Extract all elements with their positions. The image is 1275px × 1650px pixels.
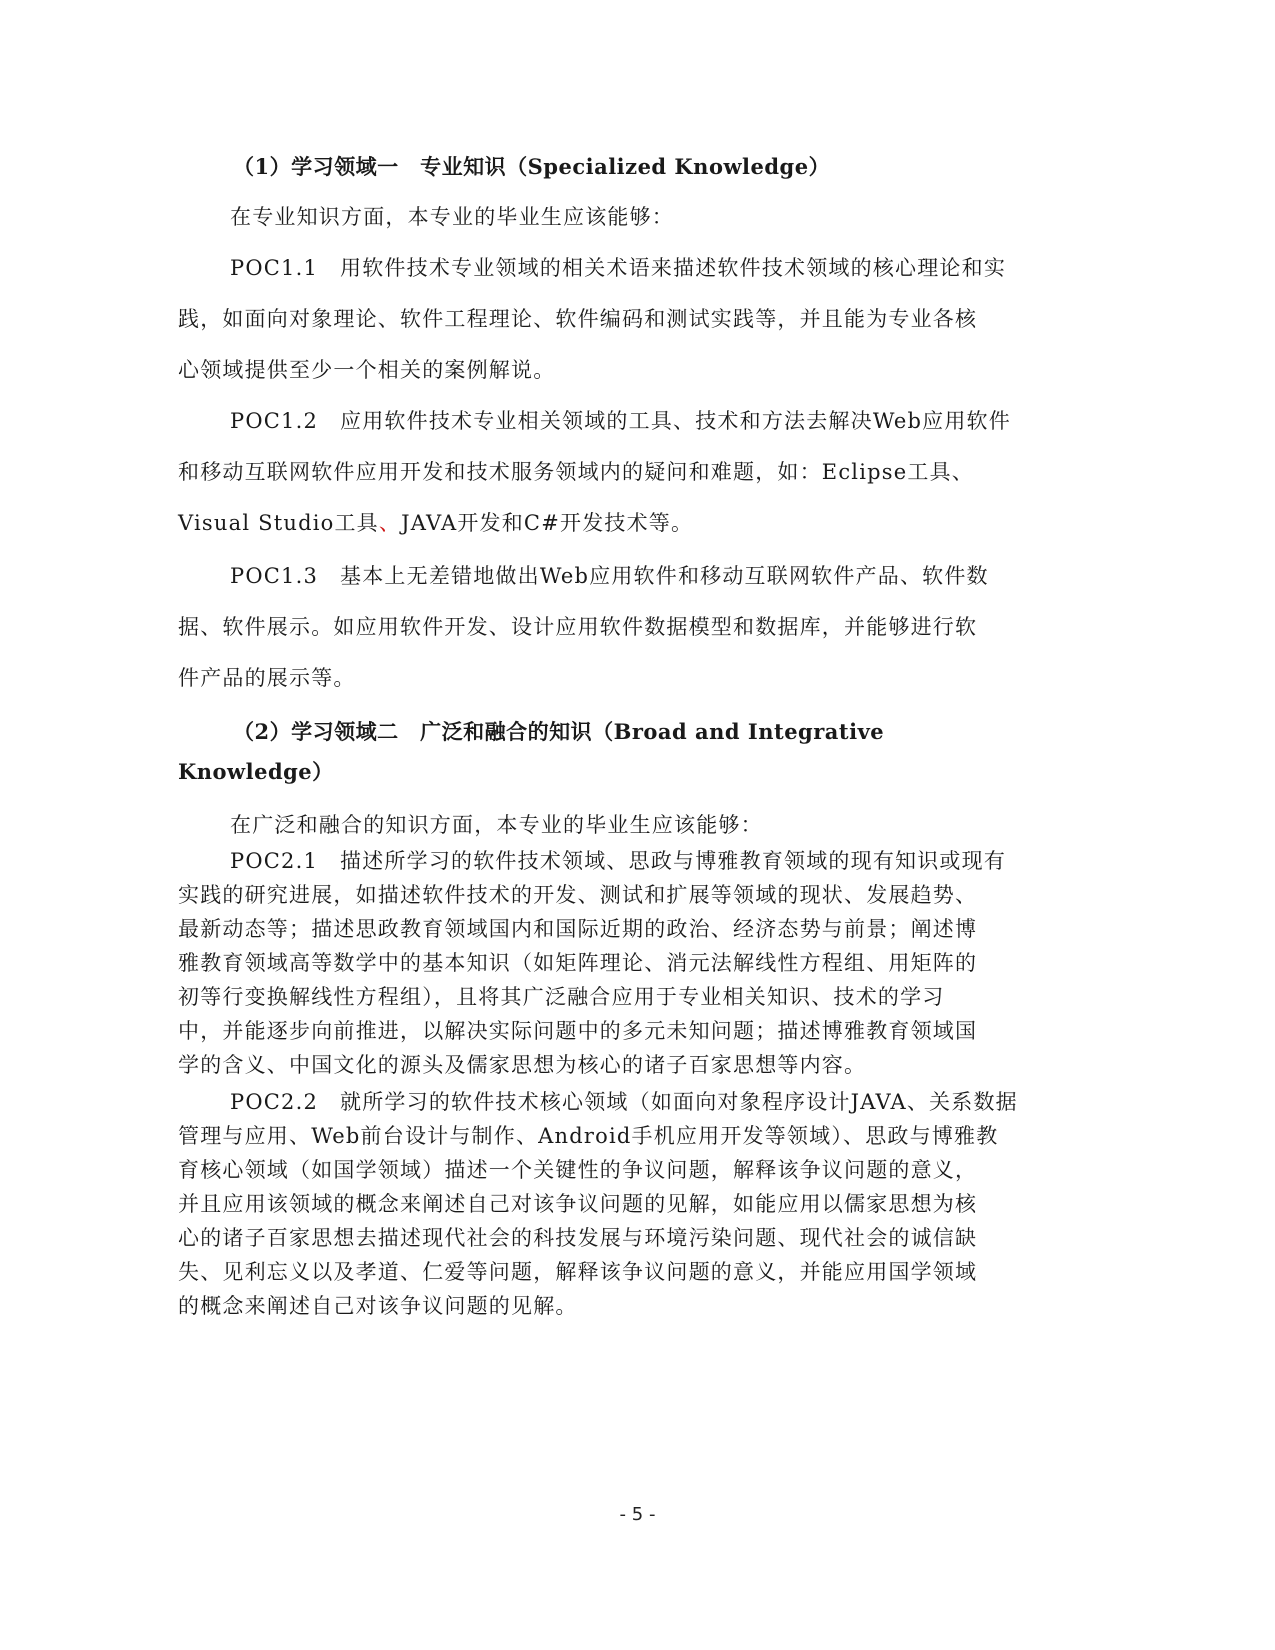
- poc2-1-line3: 最新动态等；描述思政教育领域国内和国际近期的政治、经济态势与前景；阐述博: [178, 914, 1048, 944]
- poc2-1-line5: 初等行变换解线性方程组），且将其广泛融合应用于专业相关知识、技术的学习: [178, 982, 1048, 1012]
- poc1-2-line3: Visual Studio工具、JAVA开发和C#开发技术等。: [178, 508, 1048, 538]
- poc1-1-line2: 践，如面向对象理论、软件工程理论、软件编码和测试实践等，并且能为专业各核: [178, 304, 1048, 334]
- poc1-3-line3: 件产品的展示等。: [178, 663, 1048, 693]
- poc1-3-line2: 据、软件展示。如应用软件开发、设计应用软件数据模型和数据库，并能够进行软: [178, 612, 1048, 642]
- poc2-2-line2: 管理与应用、Web前台设计与制作、Android手机应用开发等领域）、思政与博雅…: [178, 1121, 1048, 1151]
- item-text: 应用软件技术专业相关领域的工具、技术和方法去解决Web应用软件: [340, 409, 1011, 433]
- item-code: POC1.1: [230, 256, 318, 280]
- poc1-3-line1: POC1.3基本上无差错地做出Web应用软件和移动互联网软件产品、软件数: [230, 561, 1048, 591]
- poc2-2-line4: 并且应用该领域的概念来阐述自己对该争议问题的见解，如能应用以儒家思想为核: [178, 1189, 1048, 1219]
- poc2-2-line1: POC2.2就所学习的软件技术核心领域（如面向对象程序设计JAVA、关系数据: [230, 1087, 1048, 1117]
- item-code: POC1.3: [230, 564, 318, 588]
- section2-heading-line1: （2）学习领域二 广泛和融合的知识（Broad and Integrative: [233, 717, 1103, 747]
- section1-heading: （1）学习领域一 专业知识（Specialized Knowledge）: [233, 152, 1103, 182]
- poc2-1-line7: 学的含义、中国文化的源头及儒家思想为核心的诸子百家思想等内容。: [178, 1050, 1048, 1080]
- poc2-2-line7: 的概念来阐述自己对该争议问题的见解。: [178, 1291, 1048, 1321]
- poc2-1-line6: 中，并能逐步向前推进，以解决实际问题中的多元未知问题；描述博雅教育领域国: [178, 1016, 1048, 1046]
- item-code: POC1.2: [230, 409, 318, 433]
- item-text: JAVA开发和C#开发技术等。: [401, 511, 693, 535]
- poc1-1-line3: 心领域提供至少一个相关的案例解说。: [178, 355, 1048, 385]
- section1-intro: 在专业知识方面，本专业的毕业生应该能够：: [230, 202, 1048, 232]
- red-enumeration-comma: 、: [379, 511, 401, 535]
- poc1-2-line1: POC1.2应用软件技术专业相关领域的工具、技术和方法去解决Web应用软件: [230, 406, 1048, 436]
- page-number: - 5 -: [0, 1504, 1275, 1525]
- poc2-2-line5: 心的诸子百家思想去描述现代社会的科技发展与环境污染问题、现代社会的诚信缺: [178, 1223, 1048, 1253]
- item-text: Visual Studio工具: [178, 511, 379, 535]
- poc2-1-line4: 雅教育领域高等数学中的基本知识（如矩阵理论、消元法解线性方程组、用矩阵的: [178, 948, 1048, 978]
- section2-heading-line2: Knowledge）: [178, 757, 1048, 787]
- poc1-1-line1: POC1.1用软件技术专业领域的相关术语来描述软件技术领域的核心理论和实: [230, 253, 1048, 283]
- item-text: 用软件技术专业领域的相关术语来描述软件技术领域的核心理论和实: [340, 256, 1006, 280]
- item-text: 基本上无差错地做出Web应用软件和移动互联网软件产品、软件数: [340, 564, 989, 588]
- section2-intro: 在广泛和融合的知识方面，本专业的毕业生应该能够：: [230, 810, 1048, 840]
- item-text: 就所学习的软件技术核心领域（如面向对象程序设计JAVA、关系数据: [340, 1090, 1018, 1114]
- item-text: 描述所学习的软件技术领域、思政与博雅教育领域的现有知识或现有: [340, 849, 1006, 873]
- poc2-2-line3: 育核心领域（如国学领域）描述一个关键性的争议问题，解释该争议问题的意义，: [178, 1155, 1048, 1185]
- document-page: （1）学习领域一 专业知识（Specialized Knowledge） 在专业…: [0, 0, 1275, 1650]
- poc2-1-line1: POC2.1描述所学习的软件技术领域、思政与博雅教育领域的现有知识或现有: [230, 846, 1048, 876]
- poc2-2-line6: 失、见利忘义以及孝道、仁爱等问题，解释该争议问题的意义，并能应用国学领域: [178, 1257, 1048, 1287]
- poc1-2-line2: 和移动互联网软件应用开发和技术服务领域内的疑问和难题，如：Eclipse工具、: [178, 457, 1048, 487]
- item-code: POC2.1: [230, 849, 318, 873]
- item-code: POC2.2: [230, 1090, 318, 1114]
- poc2-1-line2: 实践的研究进展，如描述软件技术的开发、测试和扩展等领域的现状、发展趋势、: [178, 880, 1048, 910]
